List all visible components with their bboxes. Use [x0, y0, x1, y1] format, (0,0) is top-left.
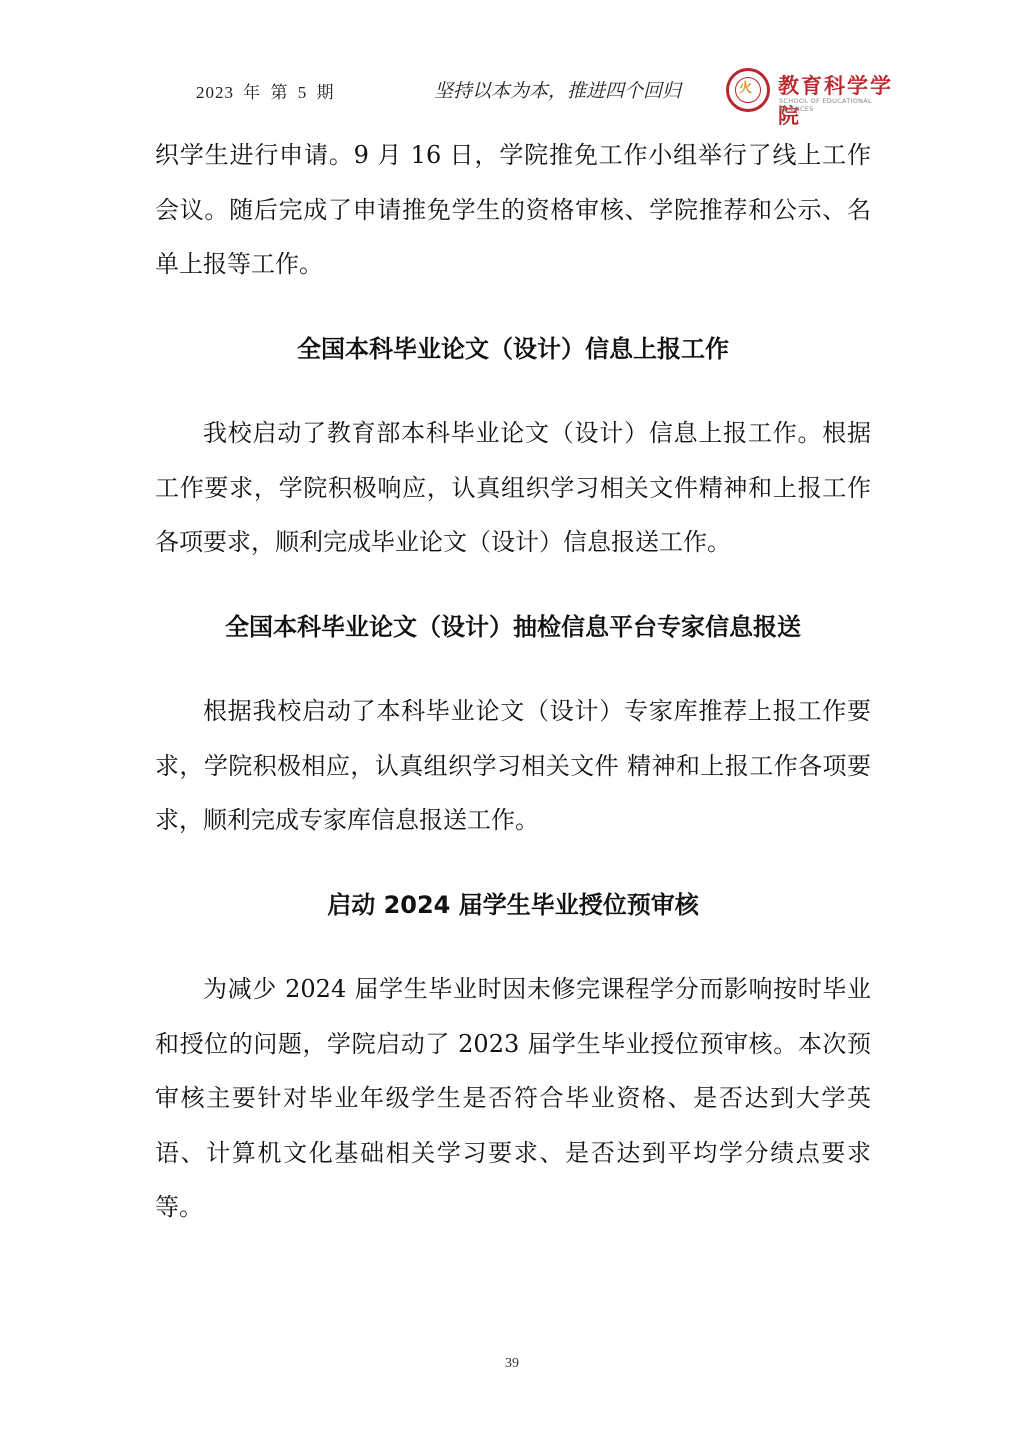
logo-name-en: SCHOOL OF EDUCATIONAL SCIENCES	[779, 97, 906, 113]
section-paragraph: 我校启动了教育部本科毕业论文（设计）信息上报工作。根据工作要求，学院积极响应，认…	[155, 406, 871, 570]
section-heading: 全国本科毕业论文（设计）信息上报工作	[155, 322, 871, 377]
intro-paragraph: 织学生进行申请。9 月 16 日，学院推免工作小组举行了线上工作会议。随后完成了…	[155, 128, 871, 292]
seal-icon: 火	[726, 68, 770, 112]
page-number: 39	[0, 1356, 1024, 1372]
article-body: 织学生进行申请。9 月 16 日，学院推免工作小组举行了线上工作会议。随后完成了…	[155, 128, 871, 1235]
section-heading: 启动 2024 届学生毕业授位预审核	[155, 878, 871, 933]
section-heading: 全国本科毕业论文（设计）抽检信息平台专家信息报送	[155, 600, 871, 655]
flame-book-icon: 火	[739, 77, 752, 96]
issue-label: 2023 年 第 5 期	[196, 78, 335, 103]
section-paragraph: 为减少 2024 届学生毕业时因未修完课程学分而影响按时毕业和授位的问题，学院启…	[155, 962, 871, 1235]
header-motto: 坚持以本为本，推进四个回归	[434, 76, 681, 103]
section-paragraph: 根据我校启动了本科毕业论文（设计）专家库推荐上报工作要求，学院积极相应，认真组织…	[155, 684, 871, 848]
page-header: 2023 年 第 5 期 坚持以本为本，推进四个回归 火 教育科学学院 SCHO…	[0, 72, 1024, 112]
school-logo: 火 教育科学学院 SCHOOL OF EDUCATIONAL SCIENCES	[726, 68, 906, 116]
